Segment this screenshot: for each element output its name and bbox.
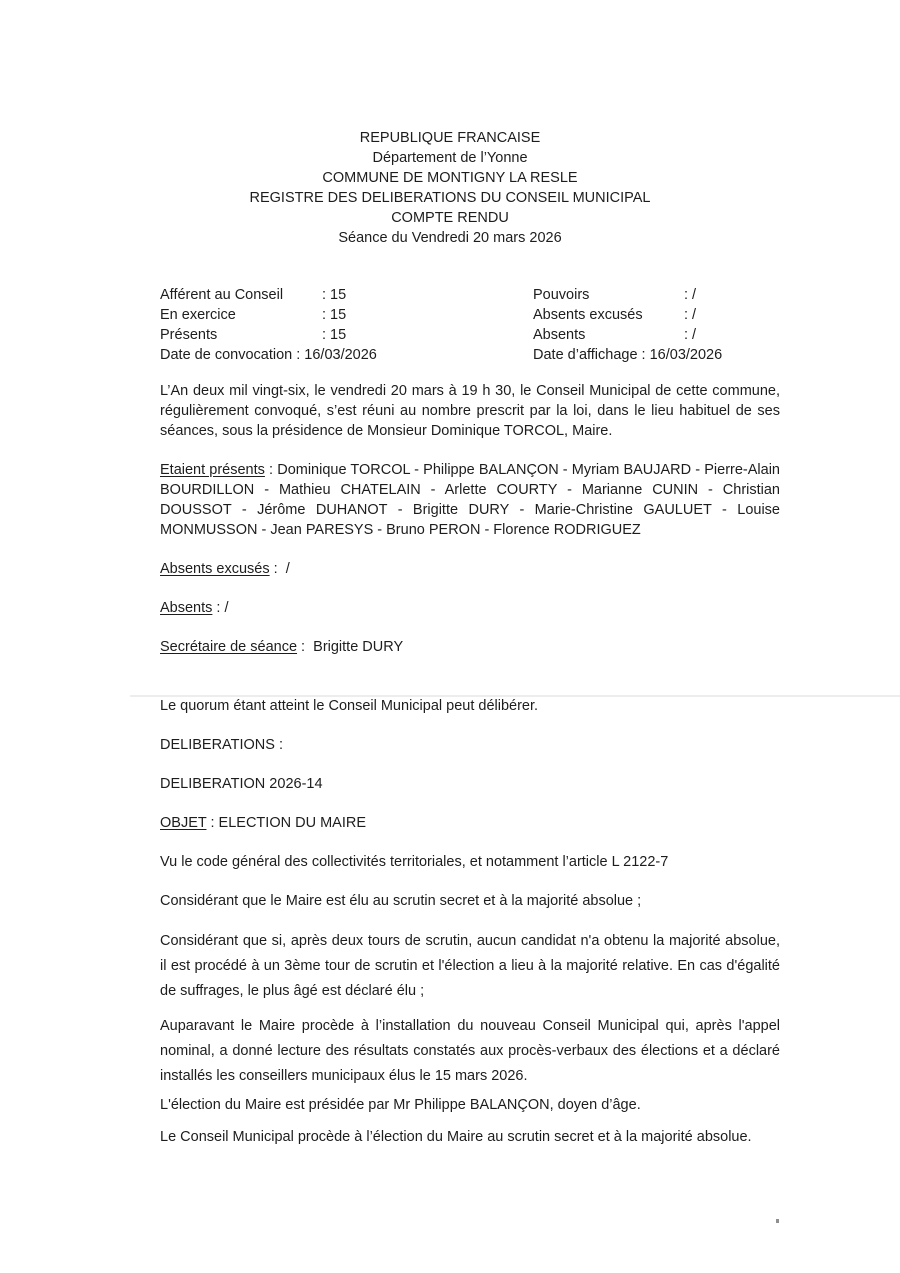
secretary-label: Secrétaire de séance [160,639,297,655]
scan-artifact-streak [130,695,900,697]
objet-label: OBJET [160,815,206,831]
stat-row-absents-excuses: Absents excusés : / [533,305,780,325]
document-body: Afférent au Conseil : 15 En exercice : 1… [160,285,780,1147]
stat-value: : / [684,325,696,345]
paragraph-election-presidence: L'élection du Maire est présidée par Mr … [160,1095,780,1115]
document-page: REPUBLIQUE FRANCAISE Département de l’Yo… [0,0,900,1273]
affichage-date: Date d’affichage : 16/03/2026 [533,345,780,365]
session-stats: Afférent au Conseil : 15 En exercice : 1… [160,285,780,365]
absents-label: Absents [160,600,212,616]
absents-value: : / [212,600,228,616]
stat-value: : 15 [322,305,346,325]
stat-row-presents: Présents : 15 [160,325,533,345]
stat-label: Présents [160,325,322,345]
header-line-compte-rendu: COMPTE RENDU [0,208,900,228]
stats-left-column: Afférent au Conseil : 15 En exercice : 1… [160,285,533,365]
header-line-departement: Département de l’Yonne [0,148,900,168]
stat-label: Afférent au Conseil [160,285,322,305]
stat-value: : 15 [322,325,346,345]
header-line-registre: REGISTRE DES DELIBERATIONS DU CONSEIL MU… [0,188,900,208]
deliberation-number: DELIBERATION 2026-14 [160,774,780,794]
absents-excuses-label: Absents excusés [160,561,270,577]
paragraph-considerant-1: Considérant que le Maire est élu au scru… [160,891,780,911]
secretary-value: : Brigitte DURY [297,639,403,655]
stat-label: En exercice [160,305,322,325]
paragraph-election-scrutin: Le Conseil Municipal procède à l’électio… [160,1127,780,1147]
header-line-republique: REPUBLIQUE FRANCAISE [0,128,900,148]
header-line-seance-date: Séance du Vendredi 20 mars 2026 [0,228,900,248]
present-members-label: Etaient présents [160,462,265,478]
paragraph-objet: OBJET : ELECTION DU MAIRE [160,813,780,833]
stat-value: : / [684,285,696,305]
paragraph-present-members: Etaient présents : Dominique TORCOL - Ph… [160,460,780,540]
objet-value: : ELECTION DU MAIRE [206,815,366,831]
paragraph-secretary: Secrétaire de séance : Brigitte DURY [160,637,780,657]
scan-artifact-speck [776,1219,779,1223]
deliberations-heading: DELIBERATIONS : [160,735,780,755]
stat-row-afferent: Afférent au Conseil : 15 [160,285,533,305]
document-header: REPUBLIQUE FRANCAISE Département de l’Yo… [0,128,900,248]
stat-value: : / [684,305,696,325]
stat-value: : 15 [322,285,346,305]
paragraph-vu-code: Vu le code général des collectivités ter… [160,852,780,872]
paragraph-absents-excuses: Absents excusés : / [160,559,780,579]
stat-row-absents: Absents : / [533,325,780,345]
stat-label: Pouvoirs [533,285,684,305]
stat-label: Absents excusés [533,305,684,325]
stat-row-pouvoirs: Pouvoirs : / [533,285,780,305]
paragraph-absents: Absents : / [160,598,780,618]
paragraph-session-opening: L’An deux mil vingt-six, le vendredi 20 … [160,381,780,441]
paragraph-auparavant: Auparavant le Maire procède à l’installa… [160,1014,780,1089]
convocation-date: Date de convocation : 16/03/2026 [160,345,533,365]
absents-excuses-value: : / [270,561,290,577]
header-line-commune: COMMUNE DE MONTIGNY LA RESLE [0,168,900,188]
paragraph-quorum: Le quorum étant atteint le Conseil Munic… [160,696,780,716]
paragraph-considerant-2: Considérant que si, après deux tours de … [160,929,780,1004]
stats-right-column: Pouvoirs : / Absents excusés : / Absents… [533,285,780,365]
stat-label: Absents [533,325,684,345]
stat-row-en-exercice: En exercice : 15 [160,305,533,325]
